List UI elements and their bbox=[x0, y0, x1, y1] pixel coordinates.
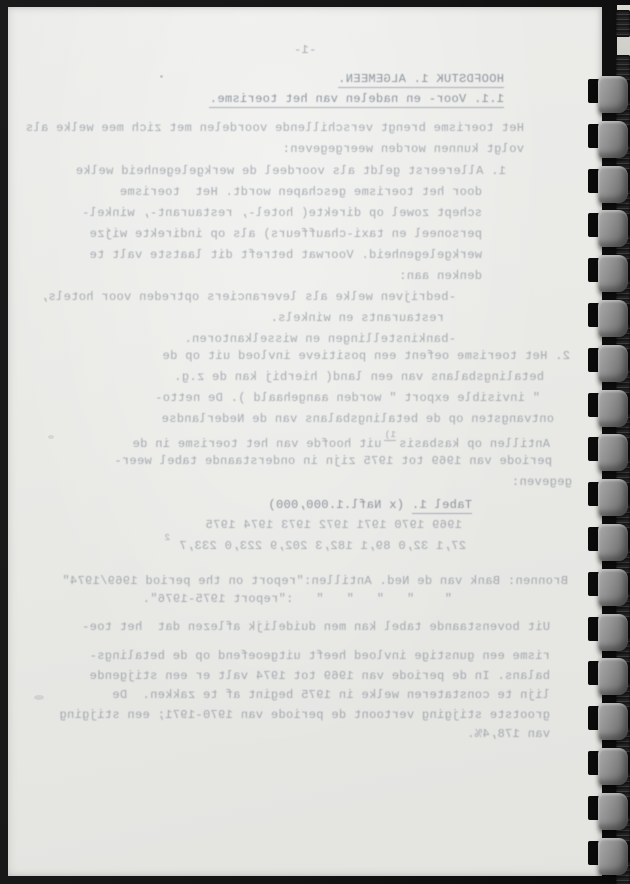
binding-comb-tooth bbox=[598, 210, 628, 247]
table-title: Tabel 1. (x Nafl.1.000,000) bbox=[268, 498, 472, 512]
mirrored-bleedthrough-text: -1- HOOFDSTUK 1. ALGEMEEN. 1.1. Voor- en… bbox=[8, 7, 602, 876]
item2-line: periode van 1969 tot 1975 zijn in onders… bbox=[114, 454, 552, 468]
binding-spine-segment bbox=[616, 503, 630, 530]
binding-spine-segment bbox=[616, 727, 630, 754]
binding-comb-tooth bbox=[598, 479, 628, 516]
footnote-reference-1: 1) bbox=[384, 430, 396, 441]
sources-line: Bronnen: Bank van de Ned. Antillen:"repo… bbox=[62, 574, 568, 588]
binding-comb-tooth bbox=[598, 121, 628, 158]
binding-comb-tooth bbox=[598, 793, 628, 830]
sources-ditto-line: " " " " " :"report 1975-1976". bbox=[142, 592, 452, 606]
page-number: -1- bbox=[8, 43, 602, 57]
closing-line: risme een gunstige invloed heeft uitgeoe… bbox=[89, 649, 550, 663]
binding-spine-segment bbox=[616, 592, 630, 619]
paper-speck bbox=[108, 229, 110, 231]
footnote-reference-2: 2 bbox=[164, 533, 170, 543]
sub-item-line: restaurants en winkels. bbox=[270, 311, 444, 325]
table-years-row: 1969 1970 1971 1972 1973 1974 1975 bbox=[205, 518, 462, 532]
binding-comb-tooth bbox=[598, 434, 628, 471]
binding-comb-tooth bbox=[598, 166, 628, 203]
binding-spine-segment bbox=[616, 458, 630, 485]
binding-spine-segment bbox=[616, 368, 630, 395]
binding-comb-tooth bbox=[598, 390, 628, 427]
intro-line: volgt kunnen worden weergegeven: bbox=[282, 142, 524, 156]
closing-line: balans. In de periode van 1969 tot 1974 … bbox=[89, 669, 550, 683]
item1-line: denken aan: bbox=[399, 269, 482, 283]
binding-comb-tooth bbox=[598, 658, 628, 695]
binding-comb-tooth bbox=[598, 300, 628, 337]
binding-comb-tooth bbox=[598, 569, 628, 606]
binding-comb-tooth bbox=[598, 524, 628, 561]
binding-comb-tooth bbox=[598, 703, 628, 740]
binding-spine-segment bbox=[616, 144, 630, 171]
closing-line: grootste stijging vertoont de periode va… bbox=[59, 708, 550, 722]
binding-spine-segment bbox=[616, 548, 630, 575]
item2-line: " invisible export " worden aangehaald )… bbox=[155, 391, 540, 405]
paper-speck bbox=[160, 75, 163, 78]
binding-spine-segment bbox=[616, 279, 630, 306]
scanned-page-photo: { "page_number": "-1-", "heading": { "ch… bbox=[0, 0, 630, 884]
binding-spine-segment bbox=[616, 682, 630, 709]
item1-line: 1. Allereerst geldt als voordeel de werk… bbox=[76, 164, 506, 178]
binding-comb-tooth bbox=[598, 255, 628, 292]
binding-spine-segment bbox=[616, 861, 630, 884]
binding-spine-segment bbox=[616, 234, 630, 261]
item1-line: schept zowel op direkte( hotel-, restaur… bbox=[82, 206, 482, 220]
closing-line: Uit bovenstaande tabel kan men duidelijk… bbox=[82, 620, 550, 634]
binding-spine-segment bbox=[616, 324, 630, 351]
paper-smudge bbox=[48, 435, 54, 439]
item2-line: ontvangsten op de betalingsbalans van de… bbox=[161, 412, 554, 426]
item1-line: door het toerisme geschapen wordt. Het t… bbox=[120, 185, 482, 199]
binding-spine-segment bbox=[616, 100, 630, 127]
section-heading: 1.1. Voor- en nadelen van het toerisme. bbox=[210, 92, 505, 106]
item1-line: personeel en taxi-chauffeurs) als op ind… bbox=[89, 227, 482, 241]
scanned-paper-sheet: -1- HOOFDSTUK 1. ALGEMEEN. 1.1. Voor- en… bbox=[8, 7, 602, 876]
item2-line: 2. Het toerisme oefent een positieve inv… bbox=[162, 349, 570, 363]
binding-comb-tooth bbox=[598, 345, 628, 382]
sub-item-line: -bedrijven welke als leveranciers optred… bbox=[41, 290, 456, 304]
intro-line: Het toerisme brengt verschillende voorde… bbox=[26, 121, 524, 135]
adjacent-page-edge bbox=[617, 5, 630, 57]
binding-comb-tooth bbox=[598, 838, 628, 875]
table-values-row: 27,1 32,0 89,1 182,3 202,9 223,0 233,72 bbox=[164, 535, 466, 553]
item1-line: werkgelegenheid. Voorwat betreft dit laa… bbox=[89, 248, 482, 262]
binding-comb-tooth bbox=[598, 76, 628, 113]
binding-spine-segment bbox=[616, 637, 630, 664]
item2-line: gegeven: bbox=[512, 475, 572, 489]
binding-comb-tooth bbox=[598, 748, 628, 785]
sub-item-line: -bankinstellingen en wisselkantoren. bbox=[184, 332, 456, 346]
chapter-heading: HOOFDSTUK 1. ALGEMEEN. bbox=[338, 72, 504, 86]
item2-line-with-footnote: Antillen op kasbasis1)uit hoofde van het… bbox=[132, 433, 550, 451]
binding-spine-segment bbox=[616, 413, 630, 440]
binding-spine-segment bbox=[616, 55, 630, 82]
paper-smudge bbox=[34, 695, 44, 700]
binding-spine-segment bbox=[616, 189, 630, 216]
binding-spine-segment bbox=[616, 772, 630, 799]
binding-spine-segment bbox=[616, 816, 630, 843]
closing-line: van 178,4%. bbox=[467, 727, 550, 741]
item2-line: betalingsbalans van een land( hierbij ka… bbox=[174, 370, 544, 384]
binding-comb-tooth bbox=[598, 614, 628, 651]
closing-line: lijn te constateren welke in 1975 begint… bbox=[112, 688, 550, 702]
binding-spine-segment bbox=[616, 10, 630, 37]
